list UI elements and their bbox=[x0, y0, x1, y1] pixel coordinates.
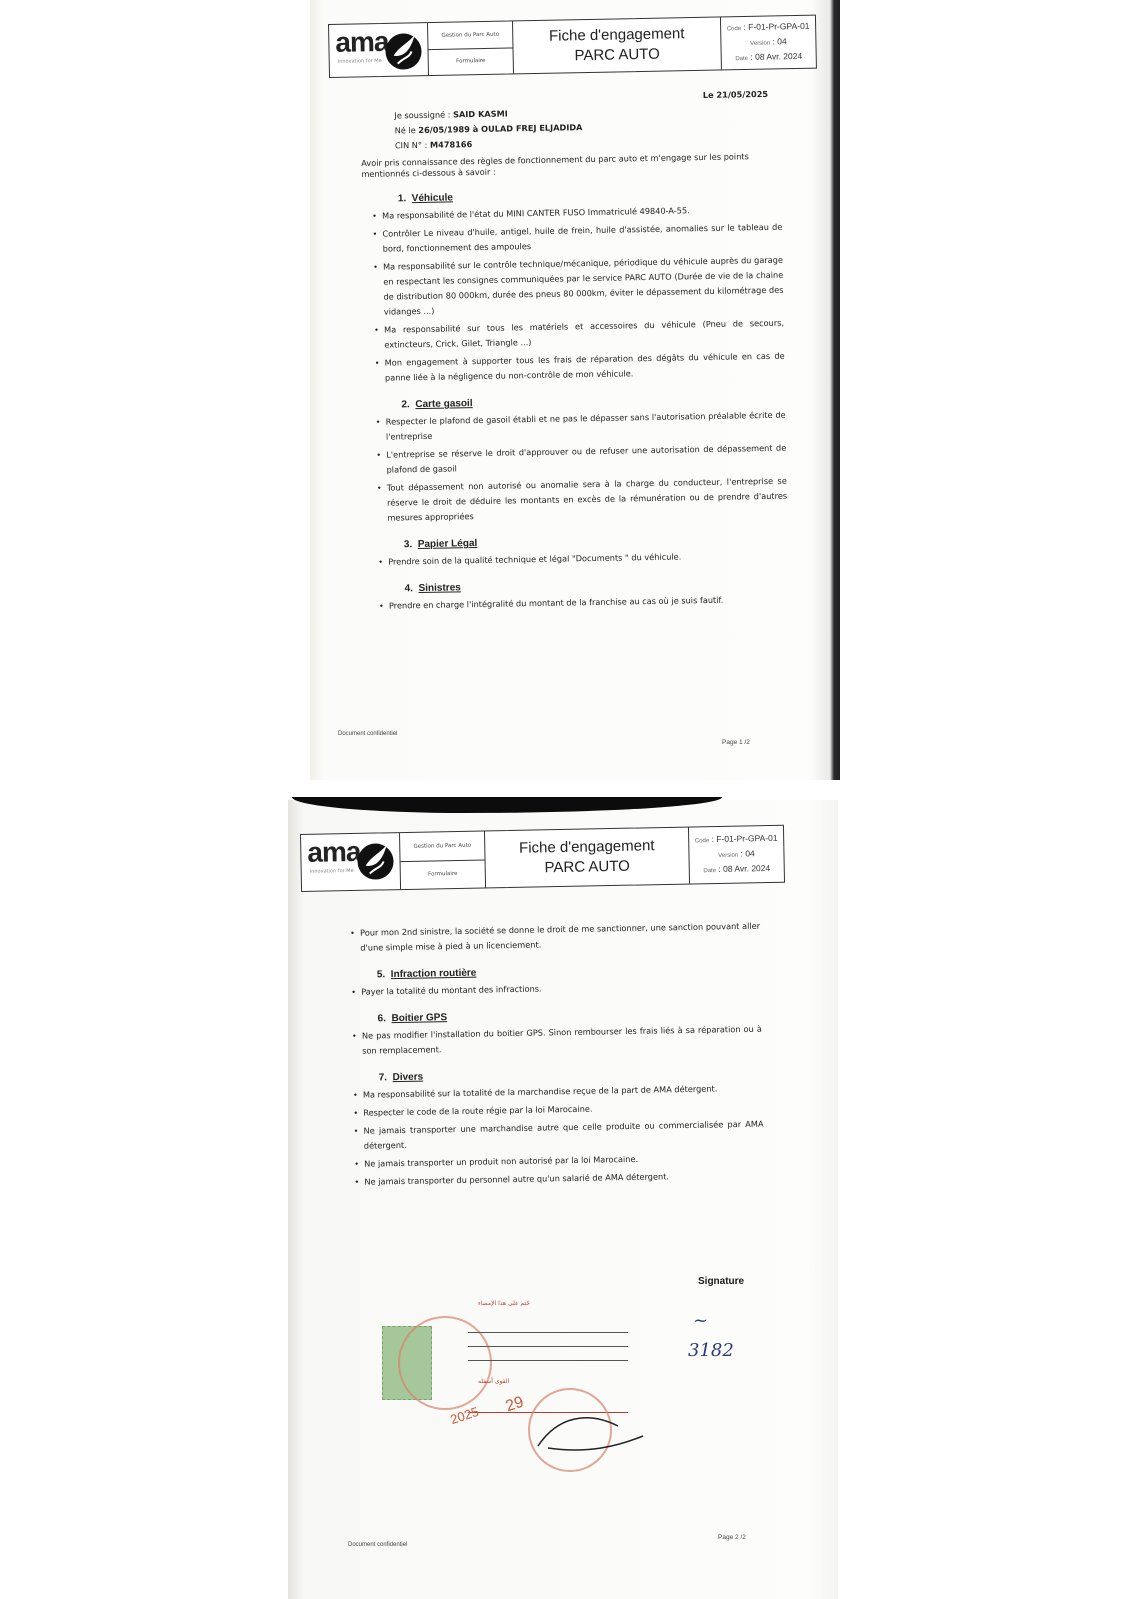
doc-type-label: Formulaire bbox=[401, 860, 486, 889]
document-title: Fiche d'engagement PARC AUTO bbox=[485, 828, 690, 888]
document-meta: Code : F-01-Pr-GPA-01 Version : 04 Date … bbox=[689, 826, 784, 884]
list-item: Contrôler Le niveau d'huile, antigel, hu… bbox=[374, 220, 782, 257]
list-item: Ne jamais transporter du personnel autre… bbox=[356, 1168, 764, 1190]
date-label: Date bbox=[735, 55, 748, 61]
document-title: Fiche d'engagement PARC AUTO bbox=[513, 17, 722, 73]
footer-confidential: Document confidentiel bbox=[348, 1542, 407, 1548]
page-2-body: Pour mon 2nd sinistre, la société se don… bbox=[340, 919, 765, 1193]
logo-tagline: Innovation for Me bbox=[338, 58, 382, 65]
leaf-icon bbox=[353, 837, 394, 882]
section-list: Ma responsabilité de l'état du MINI CANT… bbox=[362, 202, 785, 386]
signature-label: Signature bbox=[698, 1276, 744, 1287]
section-list: Ne pas modifier l'installation du boitie… bbox=[342, 1022, 762, 1059]
list-item: Pour mon 2nd sinistre, la société se don… bbox=[352, 919, 760, 956]
handwritten-number: 3182 bbox=[688, 1340, 734, 1361]
list-item: L'entreprise se réserve le droit d'appro… bbox=[378, 441, 786, 478]
legalization-stamp: خَتم على هذا الإمضاء القوى أسفله 2025 29 bbox=[378, 1288, 678, 1498]
department-label: Gestion du Parc Auto bbox=[428, 21, 512, 49]
title-line-2: PARC AUTO bbox=[544, 857, 630, 879]
list-item: Mon engagement à supporter tous les frai… bbox=[377, 349, 785, 386]
birth-info: 26/05/1989 à OULAD FREJ ELJADIDA bbox=[418, 122, 582, 135]
section-list: Ma responsabilité sur la totalité de la … bbox=[343, 1081, 765, 1190]
doc-date: 08 Avr. 2024 bbox=[755, 50, 802, 61]
doc-version: 04 bbox=[777, 36, 787, 46]
official-signature-icon bbox=[528, 1406, 648, 1456]
list-item: Ne pas modifier l'installation du boitie… bbox=[354, 1022, 762, 1059]
department-label: Gestion du Parc Auto bbox=[400, 831, 485, 861]
document-header: ama Innovation for Me Gestion du Parc Au… bbox=[300, 825, 785, 892]
list-item: Ne jamais transporter une marchandise au… bbox=[355, 1117, 763, 1154]
page-1-sections: 1. VéhiculeMa responsabilité de l'état d… bbox=[362, 185, 789, 614]
intro-paragraph: Avoir pris connaissance des règles de fo… bbox=[361, 151, 781, 180]
cin-number: M478166 bbox=[430, 139, 473, 150]
company-logo: ama Innovation for Me bbox=[329, 23, 429, 77]
title-line-1: Fiche d'engagement bbox=[549, 24, 685, 47]
company-logo: ama Innovation for Me bbox=[301, 833, 401, 891]
section-list: Respecter le plafond de gasoil établi et… bbox=[366, 408, 788, 526]
document-page-1: ama Innovation for Me Gestion du Parc Au… bbox=[310, 0, 840, 780]
handwritten-signature: ~ bbox=[693, 1310, 708, 1331]
footer-confidential: Document confidentiel bbox=[338, 731, 397, 737]
page-1-body: Le 21/05/2025 Je soussigné : SAID KASMI … bbox=[360, 87, 789, 617]
list-item: Tout dépassement non autorisé ou anomali… bbox=[379, 474, 788, 526]
page-number: Page 2 /2 bbox=[718, 1534, 746, 1541]
doc-code: F-01-Pr-GPA-01 bbox=[716, 832, 777, 843]
page-number: Page 1 /2 bbox=[722, 739, 750, 746]
list-item: Ma responsabilité sur le contrôle techni… bbox=[375, 253, 784, 320]
document-page-2: ama Innovation for Me Gestion du Parc Au… bbox=[288, 800, 838, 1599]
leaf-icon bbox=[381, 27, 422, 72]
code-label: Code bbox=[727, 26, 741, 32]
signer-name: SAID KASMI bbox=[453, 108, 508, 119]
doc-type-label: Formulaire bbox=[429, 48, 513, 75]
title-line-2: PARC AUTO bbox=[574, 45, 660, 67]
page-2-sections: 5. Infraction routièrePayer la totalité … bbox=[341, 961, 765, 1190]
document-meta: Code : F-01-Pr-GPA-01 Version : 04 Date … bbox=[721, 16, 816, 70]
list-item: Ma responsabilité sur tous les matériels… bbox=[376, 316, 784, 353]
document-header: ama Innovation for Me Gestion du Parc Au… bbox=[328, 15, 817, 78]
title-line-1: Fiche d'engagement bbox=[519, 836, 655, 859]
list-item: Respecter le plafond de gasoil établi et… bbox=[378, 408, 786, 445]
version-label: Version bbox=[750, 40, 770, 46]
doc-code: F-01-Pr-GPA-01 bbox=[748, 20, 809, 31]
doc-date: 08 Avr. 2024 bbox=[723, 862, 770, 873]
doc-version: 04 bbox=[745, 848, 755, 858]
logo-tagline: Innovation for Me bbox=[310, 868, 354, 875]
